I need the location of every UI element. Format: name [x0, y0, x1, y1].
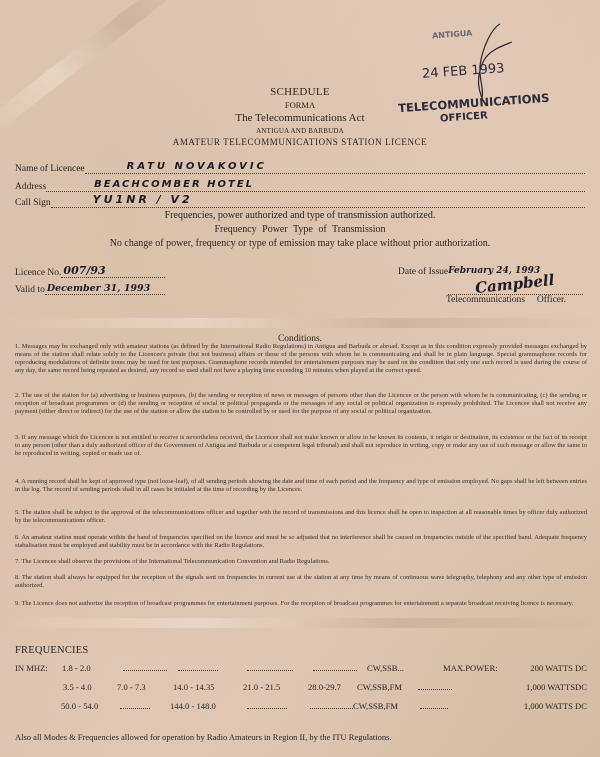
licence-number-label: Licence No.: [15, 268, 61, 278]
condition-5: 5. The station shall be subject to the a…: [15, 509, 587, 525]
condition-1: 1. Messages may be exchanged only with a…: [15, 343, 587, 375]
address-value: BEACHCOMBER HOTEL: [94, 179, 254, 190]
frequency-row: IN MHZ: 1.8 - 2.0 CW,SSB... MAX.POWER: 2…: [15, 663, 587, 675]
licencee-name-label: Name of Licencee: [15, 164, 85, 174]
address-label: Address: [15, 182, 46, 192]
mode-value: CW,SSB,FM: [357, 682, 402, 692]
licence-number-field[interactable]: 007/93: [61, 267, 165, 278]
band-value: 7.0 - 7.3: [117, 682, 146, 692]
power-value: 1,000 WATTSDC: [526, 682, 587, 692]
dotted-blank: [247, 701, 287, 709]
frequencies-authorized-line: Frequencies, power authorized and type o…: [0, 210, 600, 221]
date-of-issue-label: Date of Issue: [398, 267, 448, 277]
date-of-issue-row: Date of Issue February 24, 1993: [398, 263, 588, 277]
address-row: Address BEACHCOMBER HOTEL: [15, 178, 585, 192]
valid-to-label: Valid to: [15, 285, 45, 295]
call-sign-row: Call Sign YU1NR / V2: [15, 194, 585, 208]
valid-to-field[interactable]: December 31, 1993: [45, 284, 165, 295]
dotted-blank: [418, 682, 452, 690]
power-value: 200 WATTS DC: [530, 663, 587, 673]
valid-to-value: December 31, 1993: [47, 283, 150, 294]
country-label: ANTIGUA AND BARBUDA: [0, 127, 600, 135]
dotted-blank: [313, 663, 357, 671]
condition-9: 9. The Licence does not authorize the re…: [15, 600, 587, 608]
licencee-name-field[interactable]: RATU NOVAKOVIC: [85, 163, 585, 174]
itu-regulations-note: Also all Modes & Frequencies allowed for…: [15, 732, 392, 742]
dotted-blank: [310, 701, 353, 709]
act-title: The Telecommunications Act: [0, 112, 600, 124]
band-value: 14.0 - 14.35: [173, 682, 215, 692]
dotted-blank: [420, 701, 448, 709]
licencee-name-row: Name of Licencee RATU NOVAKOVIC: [15, 160, 585, 174]
mode-value: CW,SSB,FM: [353, 701, 398, 711]
licence-number-row: Licence No. 007/93: [15, 264, 165, 278]
condition-7: 7. The Licencee shall observe the provis…: [15, 558, 587, 566]
condition-3: 3. If any message which the Licencee is …: [15, 434, 587, 458]
frequency-power-type-line: Frequency Power Type of Transmission: [0, 224, 600, 235]
licencee-name-value: RATU NOVAKOVIC: [127, 161, 267, 172]
dotted-blank: [123, 663, 167, 671]
band-value: 144.0 - 148.0: [170, 701, 216, 711]
condition-8: 8. The station shall always be equipped …: [15, 574, 587, 590]
power-label: MAX.POWER:: [443, 663, 498, 673]
licence-number-value: 007/93: [63, 264, 105, 277]
band-value: 3.5 - 4.0: [63, 682, 92, 692]
band-value: 1.8 - 2.0: [62, 663, 91, 673]
call-sign-value: YU1NR / V2: [93, 193, 193, 206]
mode-value: CW,SSB...: [367, 663, 404, 673]
frequency-row: 50.0 - 54.0 144.0 - 148.0 CW,SSB,FM 1,00…: [15, 701, 587, 713]
power-value: 1,000 WATTS DC: [524, 701, 587, 711]
address-field[interactable]: BEACHCOMBER HOTEL: [46, 181, 585, 192]
band-value: 28.0-29.7: [308, 682, 341, 692]
stamp-signature-icon: [440, 18, 530, 108]
band-value: 21.0 - 21.5: [243, 682, 280, 692]
unit-label: IN MHZ:: [15, 663, 48, 673]
dotted-blank: [247, 663, 293, 671]
dotted-blank: [178, 663, 218, 671]
frequency-row: 3.5 - 4.0 7.0 - 7.3 14.0 - 14.35 21.0 - …: [15, 682, 587, 694]
call-sign-field[interactable]: YU1NR / V2: [51, 197, 585, 208]
band-value: 50.0 - 54.0: [61, 701, 98, 711]
dotted-blank: [120, 701, 150, 709]
call-sign-label: Call Sign: [15, 198, 51, 208]
licence-title: AMATEUR TELECOMMUNICATIONS STATION LICEN…: [0, 137, 600, 147]
valid-to-row: Valid to December 31, 1993: [15, 281, 165, 295]
no-change-notice: No change of power, frequency or type of…: [0, 238, 600, 249]
officer-title: Telecommunications Officer.: [446, 295, 566, 305]
condition-4: 4. A running record shall be kept of app…: [15, 478, 587, 494]
condition-6: 6. An amateur station must operate withi…: [15, 534, 587, 550]
condition-2: 2. The use of the station for (a) advert…: [15, 392, 587, 416]
frequencies-heading: FREQUENCIES: [15, 645, 88, 656]
